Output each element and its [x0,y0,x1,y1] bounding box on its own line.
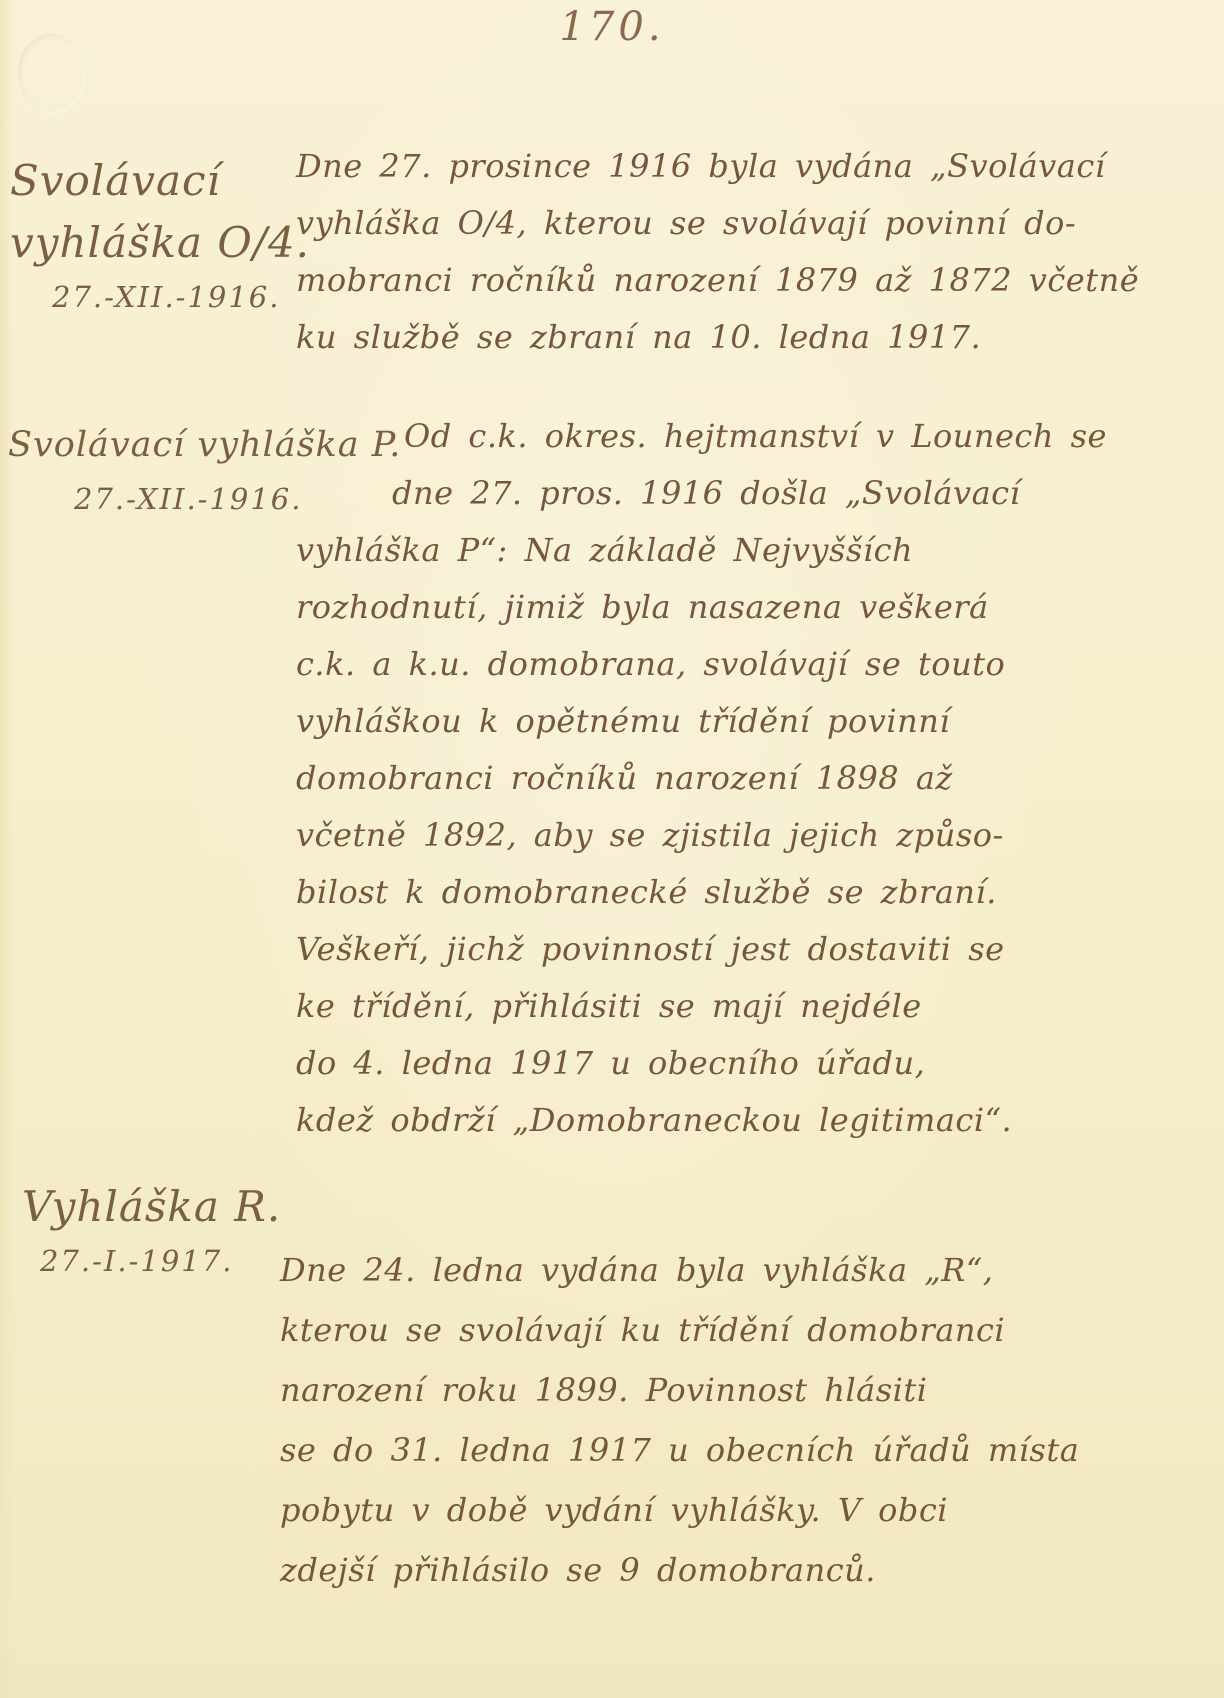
manuscript-line: Dne 24. ledna vydána byla vyhláška „R“, [280,1240,1195,1300]
paragraph-vyhlaska-p: Od c.k. okres. hejtmanství v Lounech se … [296,408,1211,1149]
manuscript-line: včetně 1892, aby se zjistila jejich způs… [296,807,1211,864]
manuscript-line: rozhodnutí, jimiž byla nasazena veškerá [296,579,1211,636]
margin-note-vyhlaska-o4: Svolávací vyhláška O/4. 27.-XII.-1916. [10,150,310,314]
margin-date: 27.-I.-1917. [22,1244,281,1278]
manuscript-line: zdejší přihlásilo se 9 domobranců. [280,1540,1195,1600]
manuscript-line: do 4. ledna 1917 u obecního úřadu, [296,1035,1211,1092]
page-number: 170. [0,4,1224,50]
manuscript-line: se do 31. ledna 1917 u obecních úřadů mí… [280,1420,1195,1480]
paragraph-vyhlaska-r: Dne 24. ledna vydána byla vyhláška „R“, … [280,1240,1195,1600]
manuscript-line: ku službě se zbraní na 10. ledna 1917. [296,309,1211,366]
manuscript-line: Veškeří, jichž povinností jest dostaviti… [296,921,1211,978]
manuscript-line: ke třídění, přihlásiti se mají nejdéle [296,978,1211,1035]
paragraph-vyhlaska-o4: Dne 27. prosince 1916 byla vydána „Svolá… [296,138,1211,366]
manuscript-line: vyhláška O/4, kterou se svolávají povinn… [296,195,1211,252]
manuscript-line: Od c.k. okres. hejtmanství v Lounech se [404,408,1211,465]
manuscript-line: Dne 27. prosince 1916 byla vydána „Svolá… [296,138,1211,195]
manuscript-line: vyhláškou k opětnému třídění povinní [296,693,1211,750]
manuscript-line: pobytu v době vydání vyhlášky. V obci [280,1480,1195,1540]
manuscript-line: kterou se svolávají ku třídění domobranc… [280,1300,1195,1360]
margin-heading-line: Svolávací [10,150,310,212]
margin-date: 27.-XII.-1916. [10,280,310,314]
manuscript-line: dne 27. pros. 1916 došla „Svolávací [392,465,1211,522]
manuscript-line: c.k. a k.u. domobrana, svolávají se tout… [296,636,1211,693]
manuscript-line: domobranci ročníků narození 1898 až [296,750,1211,807]
manuscript-line: bilost k domobranecké službě se zbraní. [296,864,1211,921]
manuscript-line: vyhláška P“: Na základě Nejvyšších [296,522,1211,579]
margin-heading-line: Vyhláška R. [22,1176,281,1238]
manuscript-line: narození roku 1899. Povinnost hlásiti [280,1360,1195,1420]
manuscript-line: mobranci ročníků narození 1879 až 1872 v… [296,252,1211,309]
margin-heading-line: vyhláška O/4. [10,212,310,274]
manuscript-line: kdež obdrží „Domobraneckou legitimaci“. [296,1092,1211,1149]
margin-note-vyhlaska-r: Vyhláška R. 27.-I.-1917. [22,1176,281,1278]
